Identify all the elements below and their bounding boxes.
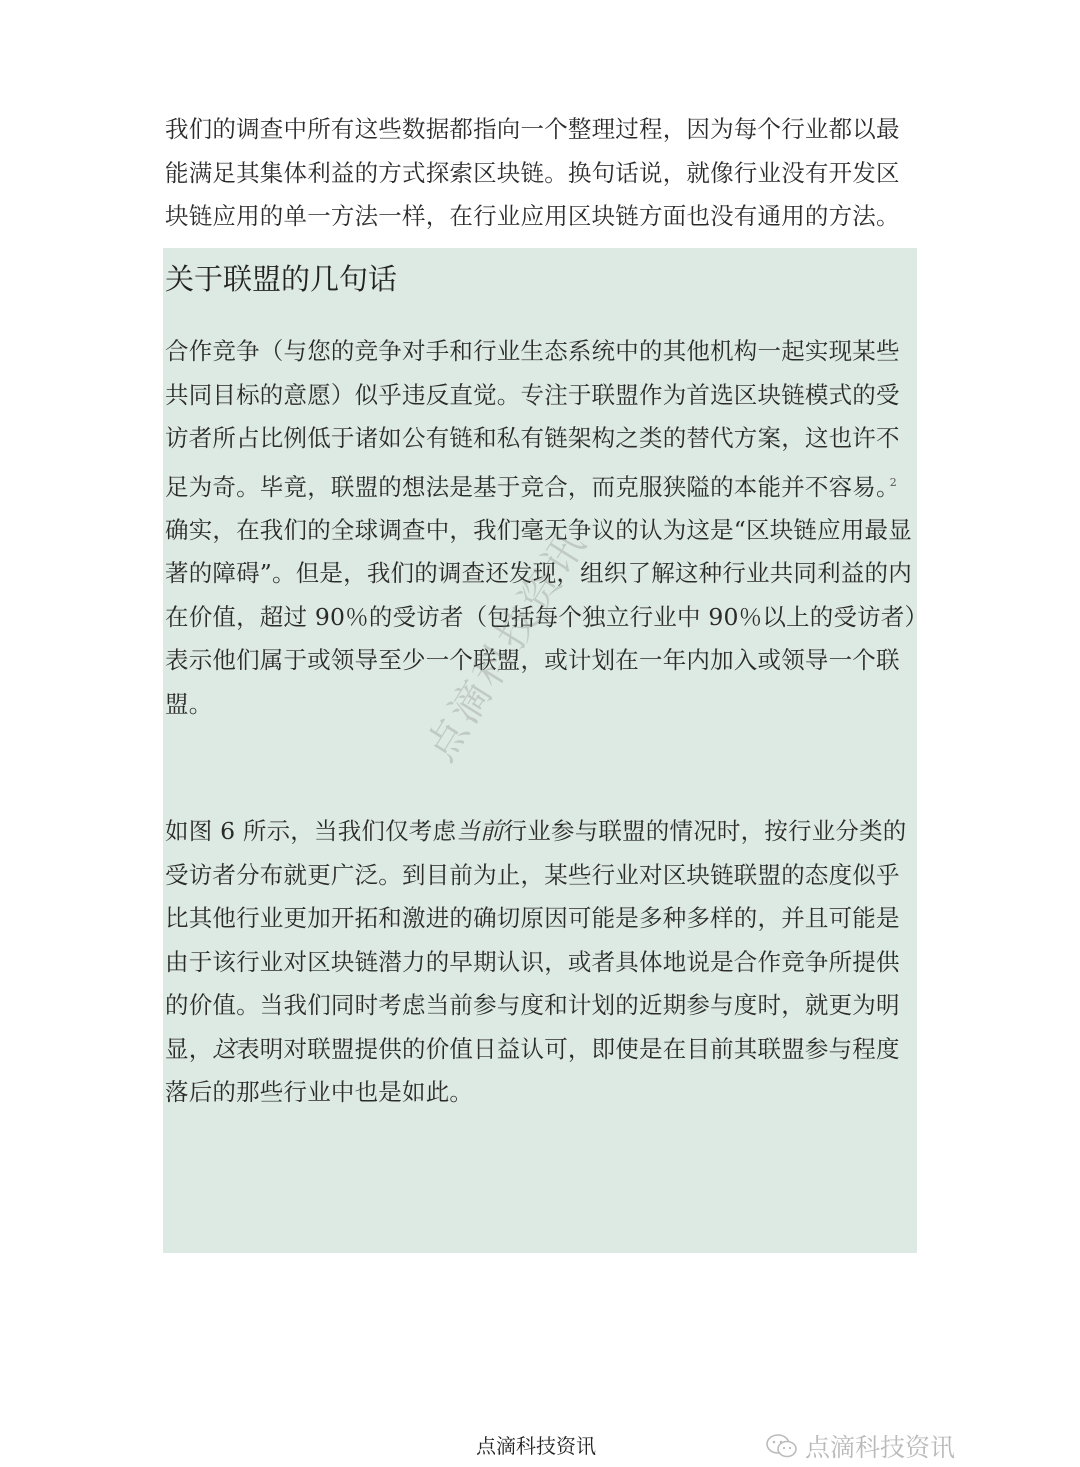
wechat-account-badge: 点滴科技资讯 [765, 1428, 955, 1464]
box-title: 关于联盟的几句话 [165, 254, 397, 304]
consortium-sidebar-box: 关于联盟的几句话 合作竞争（与您的竞争对手和行业生态系统中的其他机构一起实现某些… [163, 248, 917, 1253]
footer-source: 点滴科技资讯 [476, 1430, 596, 1459]
wechat-icon [765, 1433, 799, 1459]
box-paragraph-2: 如图 6 所示，当我们仅考虑当前行业参与联盟的情况时，按行业分类的受访者分布就更… [165, 810, 917, 1115]
wechat-account-name: 点滴科技资讯 [805, 1428, 955, 1464]
footnote-marker: 2 [890, 476, 897, 489]
intro-paragraph: 我们的调查中所有这些数据都指向一个整理过程，因为每个行业都以最能满足其集体利益的… [165, 108, 917, 239]
